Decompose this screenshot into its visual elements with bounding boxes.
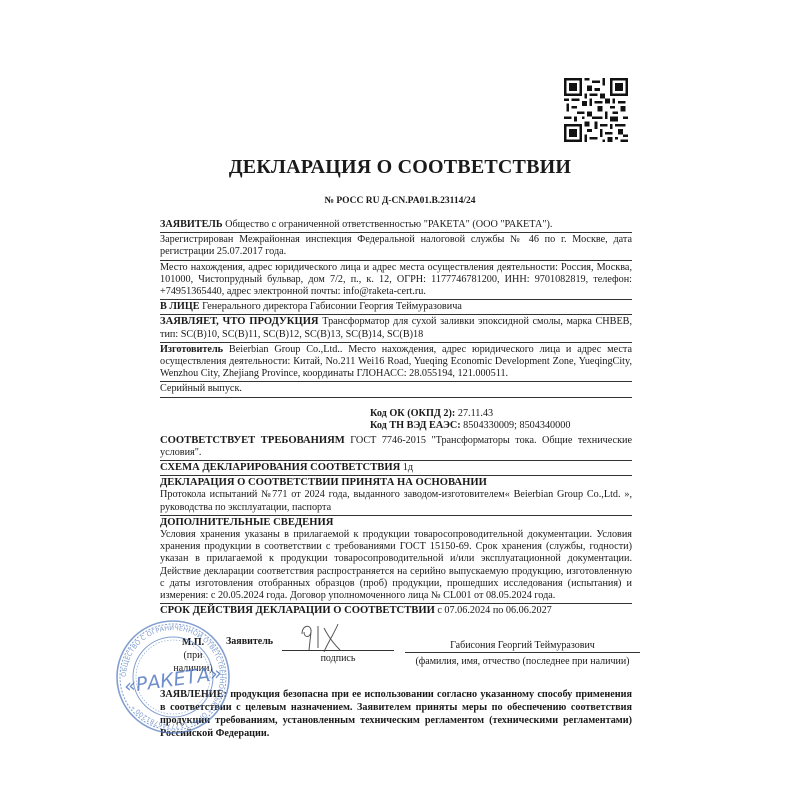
product-label: ЗАЯВЛЯЕТ, ЧТО ПРОДУКЦИЯ — [160, 316, 319, 327]
seal-label: М.П. — [182, 637, 204, 648]
represented-by-block: В ЛИЦЕ Генерального директора Габисонии … — [160, 301, 632, 315]
basis-label: ДЕКЛАРАЦИЯ О СООТВЕТСТВИИ ПРИНЯТА НА ОСН… — [160, 477, 487, 488]
additional-label: ДОПОЛНИТЕЛЬНЫЕ СВЕДЕНИЯ — [160, 517, 333, 528]
signature-section: М.П. (при наличии) Заявитель подпись Габ… — [0, 628, 800, 688]
statement-value: продукция безопасна при ее использовании… — [160, 689, 632, 739]
basis-block: ДЕКЛАРАЦИЯ О СООТВЕТСТВИИ ПРИНЯТА НА ОСН… — [160, 477, 632, 516]
declaration-page: ДЕКЛАРАЦИЯ О СООТВЕТСТВИИ № РОСС RU Д-CN… — [0, 0, 800, 800]
signature-line — [282, 650, 394, 651]
document-title: ДЕКЛАРАЦИЯ О СООТВЕТСТВИИ — [0, 156, 800, 179]
scheme-label: СХЕМА ДЕКЛАРИРОВАНИЯ СООТВЕТСТВИЯ — [160, 462, 400, 473]
scheme-value: 1д — [403, 462, 413, 473]
seal-placeholder: М.П. (при наличии) — [168, 636, 218, 675]
applicant-value: Общество с ограниченной ответственностью… — [225, 219, 552, 230]
statement-label: ЗАЯВЛЕНИЕ: — [160, 689, 227, 700]
name-caption: (фамилия, имя, отчество (последнее при н… — [405, 655, 640, 668]
registration-block: Зарегистрирован Межрайонная инспекция Фе… — [160, 234, 632, 260]
manufacturer-block: Изготовитель Beierbian Group Co.,Ltd.. М… — [160, 344, 632, 383]
represented-by-label: В ЛИЦЕ — [160, 301, 200, 312]
represented-by-value: Генерального директора Габисонии Георгия… — [202, 301, 462, 312]
tnved-code: Код ТН ВЭД ЕАЭС: 8504330009; 8504340000 — [370, 420, 632, 433]
codes-block: Код ОК (ОКПД 2): 27.11.43 Код ТН ВЭД ЕАЭ… — [160, 408, 632, 434]
validity-block: СРОК ДЕЙСТВИЯ ДЕКЛАРАЦИИ О СООТВЕТСТВИИ … — [160, 605, 632, 618]
document-body: ЗАЯВИТЕЛЬ Общество с ограниченной ответс… — [160, 219, 632, 619]
scheme-block: СХЕМА ДЕКЛАРИРОВАНИЯ СООТВЕТСТВИЯ 1д — [160, 462, 632, 476]
conforms-block: СООТВЕТСТВУЕТ ТРЕБОВАНИЯМ ГОСТ 7746-2015… — [160, 435, 632, 461]
applicant-block: ЗАЯВИТЕЛЬ Общество с ограниченной ответс… — [160, 219, 632, 233]
signature-caption: подпись — [282, 653, 394, 664]
serial-block: Серийный выпуск. — [160, 383, 632, 397]
document-number: № РОСС RU Д-CN.PA01.B.23114/24 — [0, 196, 800, 206]
additional-value: Условия хранения указаны в прилагаемой к… — [160, 529, 632, 602]
conforms-label: СООТВЕТСТВУЕТ ТРЕБОВАНИЯМ — [160, 435, 345, 446]
address-block: Место нахождения, адрес юридического лиц… — [160, 262, 632, 301]
qr-code-icon — [563, 78, 629, 142]
applicant-label: ЗАЯВИТЕЛЬ — [160, 219, 223, 230]
basis-value: Протокола испытаний №771 от 2024 года, в… — [160, 489, 632, 513]
validity-label: СРОК ДЕЙСТВИЯ ДЕКЛАРАЦИИ О СООТВЕТСТВИИ — [160, 605, 435, 616]
manufacturer-value: Beierbian Group Co.,Ltd.. Место нахожден… — [160, 344, 632, 379]
product-block: ЗАЯВЛЯЕТ, ЧТО ПРОДУКЦИЯ Трансформатор дл… — [160, 316, 632, 342]
name-line — [405, 652, 640, 653]
handwritten-signature-icon — [298, 620, 358, 654]
okpd-code: Код ОК (ОКПД 2): 27.11.43 — [370, 408, 632, 421]
manufacturer-label: Изготовитель — [160, 344, 223, 355]
signatory-name: Габисония Георгий Теймуразович — [405, 640, 640, 651]
statement-block: ЗАЯВЛЕНИЕ: продукция безопасна при ее ис… — [160, 688, 632, 740]
additional-block: ДОПОЛНИТЕЛЬНЫЕ СВЕДЕНИЯ Условия хранения… — [160, 517, 632, 604]
validity-value: с 07.06.2024 по 06.06.2027 — [437, 605, 551, 616]
signature-applicant-label: Заявитель — [226, 636, 273, 647]
